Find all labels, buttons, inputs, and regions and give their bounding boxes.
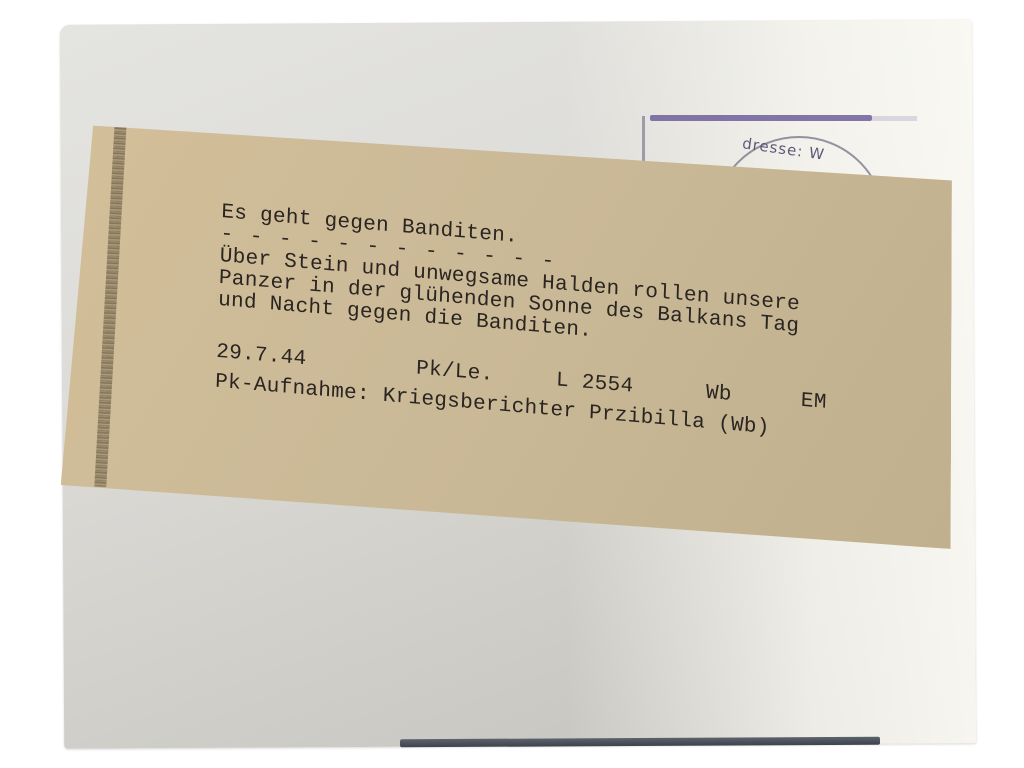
slip-glue-stripe [94, 127, 126, 488]
caption-code-2: EM [800, 391, 827, 415]
caption-reference: Pk/Le. [416, 359, 557, 393]
stamp-frame-top [650, 115, 872, 121]
stamp-frame-side [642, 116, 645, 166]
caption-slip: Es geht gegen Banditen. - - - - - - - - … [61, 124, 952, 549]
caption-negative-number: L 2554 [556, 370, 707, 405]
card-edge-shadow [400, 737, 880, 748]
caption-text: Es geht gegen Banditen. - - - - - - - - … [215, 202, 922, 452]
photo-scene: dresse: W Es geht gegen Banditen. - - - … [0, 0, 1024, 768]
caption-code-1: Wb [705, 383, 801, 413]
stamp-frame-top-faint [872, 116, 917, 121]
